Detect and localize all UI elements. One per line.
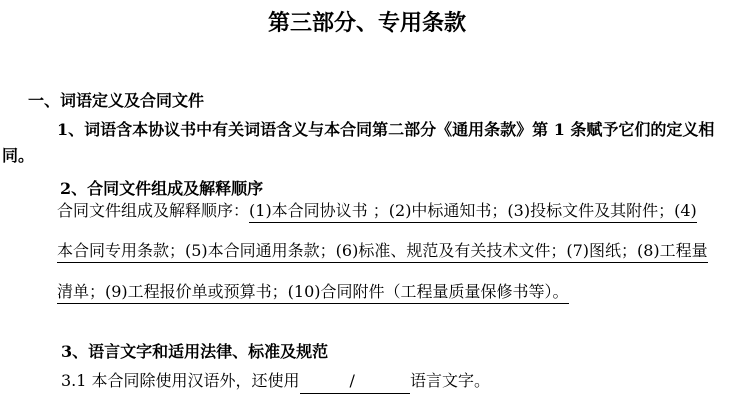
clause1-text-line2: 同。 <box>2 146 34 166</box>
clause3-text-after-blank: 语言文字。 <box>410 371 490 390</box>
clause3-text-before-blank: 3.1 本合同除使用汉语外，还使用 <box>61 371 300 390</box>
blank-segment-1 <box>300 385 350 386</box>
contract-document-page: 第三部分、专用条款 一、词语定义及合同文件 1、词语含本协议书中有关词语含义与本… <box>0 0 734 398</box>
section-heading-definitions: 一、词语定义及合同文件 <box>28 91 204 111</box>
page-title: 第三部分、专用条款 <box>0 6 734 37</box>
clause2-intro-label: 合同文件组成及解释顺序： <box>57 201 249 220</box>
clause2-heading: 2、合同文件组成及解释顺序 <box>60 179 263 199</box>
blank-segment-2 <box>355 385 410 386</box>
clause2-underlined-entry-2: 本合同专用条款；(5)本合同通用条款；(6)标准、规范及有关技术文件；(7)图纸… <box>57 241 708 263</box>
clause2-underlined-entry-3: 清单；(9)工程报价单或预算书；(10)合同附件（工程量质量保修书等）。 <box>57 282 569 304</box>
clause2-order-line2: 本合同专用条款；(5)本合同通用条款；(6)标准、规范及有关技术文件；(7)图纸… <box>57 241 708 261</box>
blank-separator-slash: / <box>350 371 355 390</box>
clause1-text-line1: 1、词语含本协议书中有关词语含义与本合同第二部分《通用条款》第 1 条赋予它们的… <box>57 120 714 140</box>
clause3-text-line: 3.1 本合同除使用汉语外，还使用/语言文字。 <box>61 371 490 394</box>
clause3-heading: 3、语言文字和适用法律、标准及规范 <box>61 342 328 362</box>
clause2-underlined-entry-1: (1)本合同协议书 ；(2)中标通知书；(3)投标文件及其附件；(4) <box>249 201 697 223</box>
language-fill-in-blank: / <box>300 371 410 394</box>
clause2-order-line1: 合同文件组成及解释顺序：(1)本合同协议书 ；(2)中标通知书；(3)投标文件及… <box>57 201 697 221</box>
clause2-order-line3: 清单；(9)工程报价单或预算书；(10)合同附件（工程量质量保修书等）。 <box>57 282 569 302</box>
